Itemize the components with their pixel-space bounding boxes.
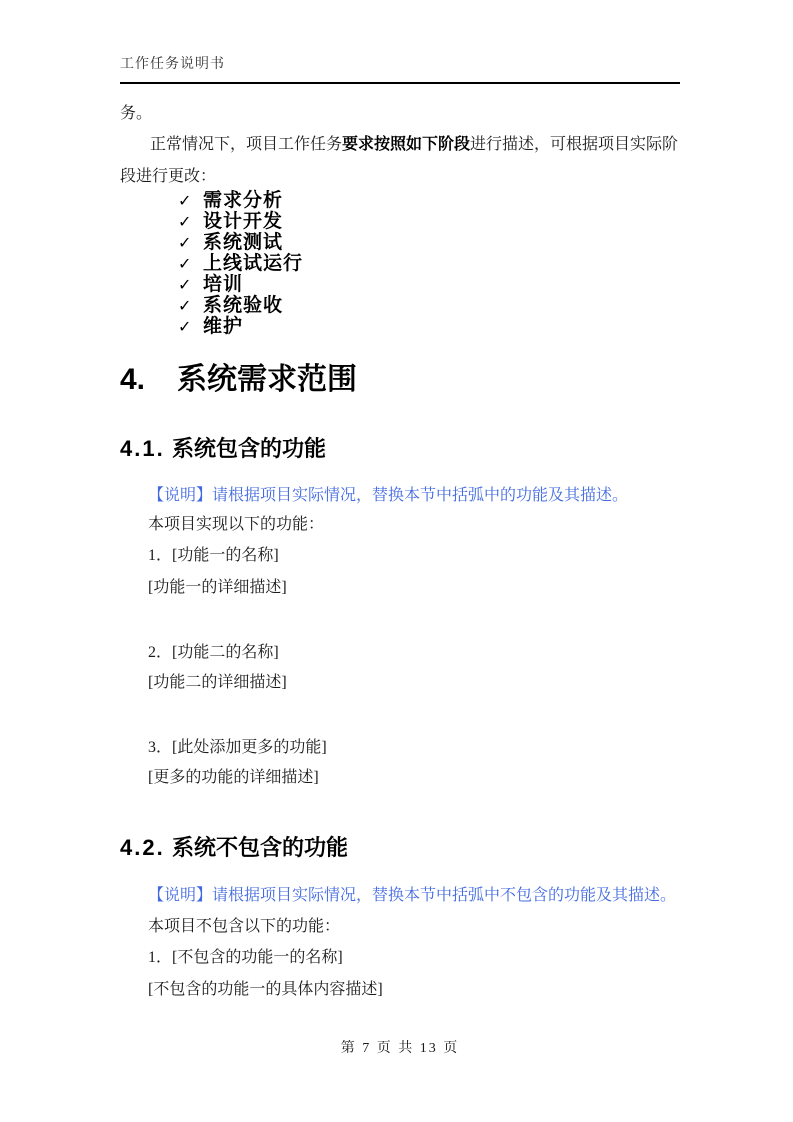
- feature-1-desc: [功能一的详细描述]: [120, 578, 708, 598]
- phase-label: 系统测试: [203, 232, 283, 253]
- checklist-item: ✓需求分析: [178, 190, 303, 211]
- section-41-heading: 4.1.系统包含的功能: [120, 437, 680, 461]
- checklist-item: ✓培训: [178, 274, 303, 295]
- page-footer: 第 7 页 共 13 页: [120, 1040, 680, 1057]
- phase-label: 培训: [203, 274, 243, 295]
- check-icon: ✓: [178, 274, 193, 295]
- checklist-item: ✓系统测试: [178, 232, 303, 253]
- check-icon: ✓: [178, 295, 193, 316]
- phase-label: 系统验收: [203, 295, 283, 316]
- phase-label: 上线试运行: [203, 253, 303, 274]
- section-4-title: 系统需求范围: [177, 363, 357, 396]
- check-icon: ✓: [178, 211, 193, 232]
- checklist-item: ✓设计开发: [178, 211, 303, 232]
- intro-line1-post: 进行描述，可根据项目实际阶: [470, 136, 678, 153]
- section-42-lead: 本项目不包含以下的功能：: [120, 917, 708, 937]
- phase-label: 需求分析: [203, 190, 283, 211]
- feature-2-name: 2．[功能二的名称]: [120, 643, 708, 663]
- carryover-text: 务。: [120, 104, 680, 124]
- feature-3-name: 3．[此处添加更多的功能]: [120, 738, 708, 758]
- document-page: 工作任务说明书 务。 正常情况下，项目工作任务要求按照如下阶段进行描述，可根据项…: [0, 0, 793, 1122]
- intro-line1-pre: 正常情况下，项目工作任务: [150, 136, 342, 153]
- section-4-number: 4.: [120, 365, 177, 395]
- checklist-item: ✓上线试运行: [178, 253, 303, 274]
- checklist-item: ✓维护: [178, 316, 303, 337]
- excluded-feature-1-name: 1．[不包含的功能一的名称]: [120, 948, 708, 968]
- section-42-number: 4.2.: [120, 836, 172, 860]
- intro-paragraph-line2: 段进行更改：: [120, 167, 680, 187]
- checklist-item: ✓系统验收: [178, 295, 303, 316]
- check-icon: ✓: [178, 253, 193, 274]
- check-icon: ✓: [178, 316, 193, 337]
- phase-label: 维护: [203, 316, 243, 337]
- section-4-heading: 4.系统需求范围: [120, 365, 680, 395]
- section-42-title: 系统不包含的功能: [172, 835, 348, 860]
- intro-paragraph-line1: 正常情况下，项目工作任务要求按照如下阶段进行描述，可根据项目实际阶: [120, 135, 710, 155]
- check-icon: ✓: [178, 232, 193, 253]
- phase-label: 设计开发: [203, 211, 283, 232]
- feature-2-desc: [功能二的详细描述]: [120, 673, 708, 693]
- section-41-title: 系统包含的功能: [172, 436, 326, 461]
- check-icon: ✓: [178, 190, 193, 211]
- intro-line1-bold: 要求按照如下阶段: [342, 136, 470, 153]
- page-header-title: 工作任务说明书: [120, 56, 680, 74]
- excluded-feature-1-desc: [不包含的功能一的具体内容描述]: [120, 980, 708, 1000]
- section-41-note: 【说明】请根据项目实际情况，替换本节中括弧中的功能及其描述。: [120, 486, 788, 506]
- phase-checklist: ✓需求分析 ✓设计开发 ✓系统测试 ✓上线试运行 ✓培训 ✓系统验收 ✓维护: [178, 190, 303, 337]
- section-42-note: 【说明】请根据项目实际情况，替换本节中括弧中不包含的功能及其描述。: [120, 886, 788, 906]
- header-rule: [120, 82, 680, 84]
- feature-3-desc: [更多的功能的详细描述]: [120, 768, 708, 788]
- section-41-lead: 本项目实现以下的功能：: [120, 515, 708, 535]
- section-41-number: 4.1.: [120, 437, 172, 461]
- section-42-heading: 4.2.系统不包含的功能: [120, 836, 680, 860]
- feature-1-name: 1．[功能一的名称]: [120, 546, 708, 566]
